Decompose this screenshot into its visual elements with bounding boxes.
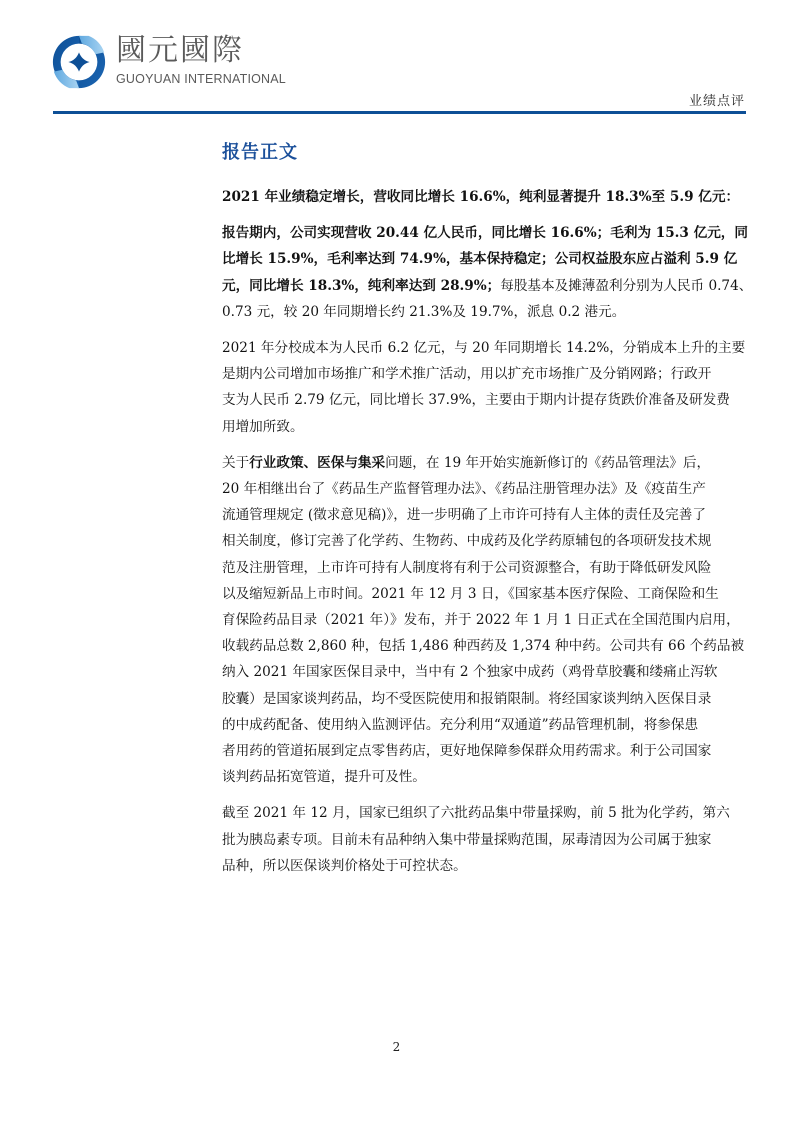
text-line: 关于行业政策、医保与集采问题，在 19 年开始实施新修订的《药品管理法》后， — [222, 450, 770, 476]
text-line: 批为胰岛素专项。目前未有品种纳入集中带量採购范围，尿毒清因为公司属于独家 — [222, 827, 770, 853]
text-run: 者用药的管道拓展到定点零售药店，更好地保障参保群众用药需求。利于公司国家 — [222, 743, 711, 759]
bold-text: 元，同比增长 18.3%，纯利率达到 28.9%； — [222, 278, 500, 294]
text-run: 支为人民币 2.79 亿元，同比增长 37.9%，主要由于期内计提存货跌价准备及… — [222, 392, 730, 408]
text-line: 育保险药品目录（2021 年）》发布，并于 2022 年 1 月 1 日正式在全… — [222, 607, 770, 633]
text-line: 谈判药品拓宽管道，提升可及性。 — [222, 764, 770, 790]
text-line: 支为人民币 2.79 亿元，同比增长 37.9%，主要由于期内计提存货跌价准备及… — [222, 387, 770, 413]
text-run: 的中成药配备、使用纳入监测评估。充分利用“双通道”药品管理机制，将参保患 — [222, 717, 698, 733]
text-line: 用增加所致。 — [222, 414, 770, 440]
text-line: 品种，所以医保谈判价格处于可控状态。 — [222, 853, 770, 879]
text-run: 收载药品总数 2,860 种，包括 1,486 种西药及 1,374 种中药。公… — [222, 638, 744, 654]
bold-text: 报告期内，公司实现营收 20.44 亿人民币，同比增长 16.6%；毛利为 15… — [222, 225, 748, 241]
text-line: 以及缩短新品上市时间。2021 年 12 月 3 日，《国家基本医疗保险、工商保… — [222, 581, 770, 607]
paragraph: 报告期内，公司实现营收 20.44 亿人民币，同比增长 16.6%；毛利为 15… — [222, 220, 770, 325]
text-line: 是期内公司增加市场推广和学术推广活动，用以扩充市场推广及分销网路；行政开 — [222, 361, 770, 387]
text-run: 0.73 元，较 20 年同期增长约 21.3%及 19.7%，派息 0.2 港… — [222, 304, 625, 320]
text-line: 纳入 2021 年国家医保目录中，当中有 2 个独家中成药（鸡骨草胶囊和缕痛止泻… — [222, 659, 770, 685]
header-divider — [53, 111, 746, 114]
text-run: 是期内公司增加市场推广和学术推广活动，用以扩充市场推广及分销网路；行政开 — [222, 366, 711, 382]
text-run: 用增加所致。 — [222, 419, 304, 435]
lead-summary: 2021 年业绩稳定增长，营收同比增长 16.6%，纯利显著提升 18.3%至 … — [222, 184, 770, 210]
text-line: 者用药的管道拓展到定点零售药店，更好地保障参保群众用药需求。利于公司国家 — [222, 738, 770, 764]
text-run: 育保险药品目录（2021 年）》发布，并于 2022 年 1 月 1 日正式在全… — [222, 612, 740, 628]
logo-english-name: GUOYUAN INTERNATIONAL — [116, 72, 286, 86]
text-run: 范及注册管理，上市许可持有人制度将有利于公司资源整合，有助于降低研发风险 — [222, 560, 711, 576]
text-run: 批为胰岛素专项。目前未有品种纳入集中带量採购范围，尿毒清因为公司属于独家 — [222, 832, 711, 848]
paragraph: 2021 年分校成本为人民币 6.2 亿元，与 20 年同期增长 14.2%，分… — [222, 335, 770, 440]
text-run: 品种，所以医保谈判价格处于可控状态。 — [222, 858, 467, 874]
text-run: 问题，在 19 年开始实施新修订的《药品管理法》后， — [385, 455, 710, 471]
text-run: 谈判药品拓宽管道，提升可及性。 — [222, 769, 426, 785]
text-line: 收载药品总数 2,860 种，包括 1,486 种西药及 1,374 种中药。公… — [222, 633, 770, 659]
text-line: 20 年相继出台了《药品生产监督管理办法》、《药品注册管理办法》及《疫苗生产 — [222, 476, 770, 502]
text-run: 胶囊）是国家谈判药品，均不受医院使用和报销限制。将经国家谈判纳入医保目录 — [222, 691, 711, 707]
paragraph-list: 报告期内，公司实现营收 20.44 亿人民币，同比增长 16.6%；毛利为 15… — [222, 220, 770, 879]
bold-text: 行业政策、医保与集采 — [249, 455, 385, 471]
text-run: 以及缩短新品上市时间。2021 年 12 月 3 日，《国家基本医疗保险、工商保… — [222, 586, 719, 602]
text-line: 胶囊）是国家谈判药品，均不受医院使用和报销限制。将经国家谈判纳入医保目录 — [222, 686, 770, 712]
text-run: 截至 2021 年 12 月，国家已组织了六批药品集中带量採购，前 5 批为化学… — [222, 805, 730, 821]
text-run: 20 年相继出台了《药品生产监督管理办法》、《药品注册管理办法》及《疫苗生产 — [222, 481, 706, 497]
text-line: 报告期内，公司实现营收 20.44 亿人民币，同比增长 16.6%；毛利为 15… — [222, 220, 770, 246]
page-number: 2 — [0, 1040, 793, 1054]
bold-text: 比增长 15.9%，毛利率达到 74.9%，基本保持稳定；公司权益股东应占溢利 … — [222, 251, 737, 267]
report-body: 报告正文 2021 年业绩稳定增长，营收同比增长 16.6%，纯利显著提升 18… — [222, 140, 770, 889]
text-run: 纳入 2021 年国家医保目录中，当中有 2 个独家中成药（鸡骨草胶囊和缕痛止泻… — [222, 664, 718, 680]
text-line: 流通管理规定 (徵求意见稿)》，进一步明确了上市许可持有人主体的责任及完善了 — [222, 502, 770, 528]
text-line: 截至 2021 年 12 月，国家已组织了六批药品集中带量採购，前 5 批为化学… — [222, 800, 770, 826]
text-line: 元，同比增长 18.3%，纯利率达到 28.9%；每股基本及摊薄盈利分别为人民币… — [222, 273, 770, 299]
text-line: 比增长 15.9%，毛利率达到 74.9%，基本保持稳定；公司权益股东应占溢利 … — [222, 246, 770, 272]
guoyuan-logo-icon — [50, 33, 108, 91]
text-line: 2021 年分校成本为人民币 6.2 亿元，与 20 年同期增长 14.2%，分… — [222, 335, 770, 361]
company-logo: 國元國際 GUOYUAN INTERNATIONAL — [50, 30, 300, 92]
report-type-tag: 业绩点评 — [689, 90, 745, 109]
text-run: 每股基本及摊薄盈利分别为人民币 0.74、 — [500, 278, 752, 294]
text-line: 相关制度，修订完善了化学药、生物药、中成药及化学药原辅包的各项研发技术规 — [222, 528, 770, 554]
text-line: 0.73 元，较 20 年同期增长约 21.3%及 19.7%，派息 0.2 港… — [222, 299, 770, 325]
paragraph: 关于行业政策、医保与集采问题，在 19 年开始实施新修订的《药品管理法》后，20… — [222, 450, 770, 791]
logo-chinese-name: 國元國際 — [116, 34, 244, 68]
text-line: 范及注册管理，上市许可持有人制度将有利于公司资源整合，有助于降低研发风险 — [222, 555, 770, 581]
text-run: 关于 — [222, 455, 249, 471]
section-title: 报告正文 — [222, 140, 770, 166]
text-run: 2021 年分校成本为人民币 6.2 亿元，与 20 年同期增长 14.2%，分… — [222, 340, 745, 356]
text-run: 相关制度，修订完善了化学药、生物药、中成药及化学药原辅包的各项研发技术规 — [222, 533, 711, 549]
paragraph: 截至 2021 年 12 月，国家已组织了六批药品集中带量採购，前 5 批为化学… — [222, 800, 770, 879]
text-line: 的中成药配备、使用纳入监测评估。充分利用“双通道”药品管理机制，将参保患 — [222, 712, 770, 738]
text-run: 流通管理规定 (徵求意见稿)》，进一步明确了上市许可持有人主体的责任及完善了 — [222, 507, 706, 523]
